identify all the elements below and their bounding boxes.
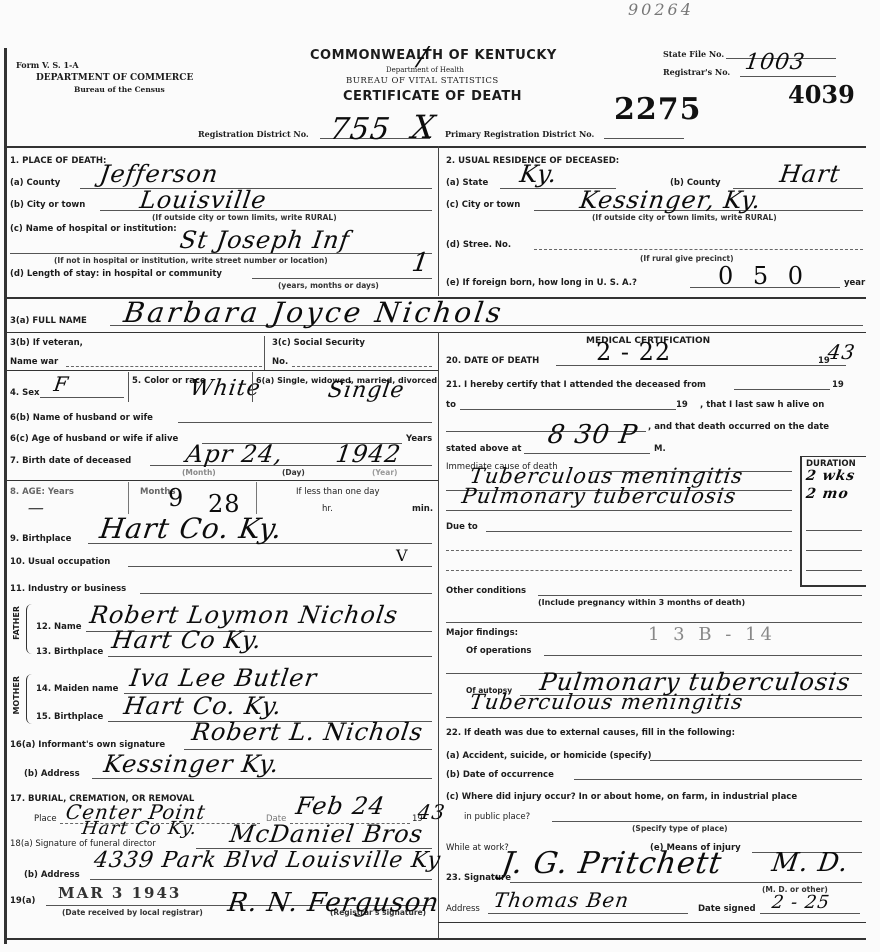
physician-signature: J. G. Pritchett — [500, 846, 725, 881]
public-place-label: in public place? — [464, 812, 530, 822]
death-city-label: (b) City or town — [10, 200, 85, 210]
death-city-note: (If outside city or town limits, write R… — [152, 213, 337, 222]
res-street-label: (d) Stree. No. — [446, 240, 511, 250]
physician-address-label: Address — [446, 904, 480, 914]
while-at-work-label: While at work? — [446, 843, 509, 853]
state-file-label: State File No. — [663, 49, 724, 59]
marital-value: Single — [326, 378, 406, 403]
place-of-death-heading: 1. PLACE OF DEATH: — [10, 156, 106, 166]
certify-line3: , and that death occurred on the date — [648, 422, 829, 432]
other-conditions-label: Other conditions — [446, 586, 526, 596]
death-county-value: Jefferson — [98, 160, 220, 188]
res-state-value: Ky. — [518, 160, 559, 188]
birthplace-value: Hart Co. Ky. — [98, 512, 285, 545]
burial-place-value2: Hart Co Ky. — [81, 818, 199, 839]
mother-side-label: MOTHER — [12, 676, 21, 715]
birth-year-note: (Year) — [372, 468, 397, 477]
certificate-title: CERTIFICATE OF DEATH — [343, 89, 522, 104]
mother-birthplace-value: Hart Co. Ky. — [122, 692, 284, 720]
mother-name-value: Iva Lee Butler — [128, 664, 319, 692]
stated-label: stated above at — [446, 444, 521, 454]
received-label: 19(a) — [10, 896, 35, 906]
reg-district-value: 755 — [328, 112, 393, 147]
registrars-no-value: 1003 — [743, 50, 807, 75]
min-label: min. — [412, 504, 433, 514]
due-to-label: Due to — [446, 522, 478, 532]
divider — [438, 146, 439, 296]
time-of-death-value: 8 30 P — [546, 420, 640, 450]
father-side-label: FATHER — [12, 606, 21, 640]
father-name-label: 12. Name — [36, 622, 82, 632]
age-label: 8. AGE: Years — [10, 487, 74, 497]
sex-label: 4. Sex — [10, 388, 39, 398]
received-note: (Date received by local registrar) — [62, 908, 203, 917]
informant-signature: Robert L. Nichols — [190, 718, 425, 746]
hospital-note: (If not in hospital or institution, writ… — [54, 256, 328, 265]
full-name-value: Barbara Joyce Nichols — [122, 296, 506, 329]
director-signature: McDaniel Bros — [228, 820, 425, 848]
burial-place-label: Place — [34, 814, 57, 824]
operations-stamp: 1 3 B - 14 — [648, 624, 776, 645]
res-county-value: Hart — [778, 160, 842, 188]
mother-name-label: 14. Maiden name — [36, 684, 118, 694]
full-name-label: 3(a) FULL NAME — [10, 316, 87, 326]
frame-bottom — [4, 938, 866, 940]
hospital-label: (c) Name of hospital or institution: — [10, 224, 177, 234]
duration-2: 2 mo — [805, 486, 850, 502]
reg-district-label: Registration District No. — [198, 129, 309, 139]
mother-brace — [26, 674, 33, 724]
dept-commerce: DEPARTMENT OF COMMERCE — [36, 73, 193, 83]
veteran-label: 3(b) If veteran, — [10, 338, 83, 348]
date-of-death-label: 20. DATE OF DEATH — [446, 356, 539, 366]
industry-label: 11. Industry or business — [10, 584, 126, 594]
major-findings-label: Major findings: — [446, 628, 518, 638]
hr-label: hr. — [322, 504, 333, 514]
foreign-label: (e) If foreign born, how long in U. S. A… — [446, 278, 637, 288]
x-mark: X — [409, 108, 438, 146]
informant-sig-label: 16(a) Informant's own signature — [10, 740, 165, 750]
lessday-label: If less than one day — [296, 487, 380, 497]
occupation-value: V — [396, 546, 409, 565]
other-conditions-note: (Include pregnancy within 3 months of de… — [538, 598, 745, 607]
death-year-value: 43 — [826, 340, 857, 364]
res-city-label: (c) City or town — [446, 200, 520, 210]
spouse-age-suffix: Years — [406, 434, 432, 444]
res-state-label: (a) State — [446, 178, 488, 188]
registrars-no-label: Registrar's No. — [663, 67, 730, 77]
stamp-number-center: 2275 — [614, 92, 702, 127]
birth-date-label: 7. Birth date of deceased — [10, 456, 131, 466]
stamp-number-right: 4039 — [788, 80, 855, 109]
birthplace-label: 9. Birthplace — [10, 534, 71, 544]
stay-note: (years, months or days) — [278, 281, 379, 290]
occurrence-label: (b) Date of occurrence — [446, 770, 554, 780]
birth-month-day: Apr 24, — [184, 440, 285, 468]
age-years-value: — — [27, 498, 47, 517]
father-brace — [26, 604, 33, 654]
name-war-label: Name war — [10, 357, 58, 367]
birth-day-note: (Day) — [282, 468, 305, 477]
duration-1: 2 wks — [805, 468, 856, 484]
certify-to: to — [446, 400, 456, 410]
operations-label: Of operations — [466, 646, 531, 656]
ss-label: 3(c) Social Security — [272, 338, 365, 348]
bureau-vital: BUREAU OF VITAL STATISTICS — [346, 76, 499, 86]
burial-date-value: Feb 24 — [294, 792, 387, 820]
physician-title: M. D. — [770, 848, 851, 878]
father-birthplace-value: Hart Co Ky. — [110, 626, 264, 654]
certify-19b: 19 — [676, 400, 688, 410]
birth-month-note: (Month) — [182, 468, 216, 477]
external-causes-label: 22. If death was due to external causes,… — [446, 728, 735, 738]
res-city-value: Kessinger, Ky. — [578, 186, 763, 214]
autopsy-2: Tuberculous meningitis — [468, 690, 745, 714]
received-date-stamp: MAR 3 1943 — [58, 884, 181, 902]
ss-no-label: No. — [272, 357, 288, 367]
accident-label: (a) Accident, suicide, or homicide (spec… — [446, 751, 651, 761]
birth-year: 1942 — [334, 440, 403, 468]
informant-addr-label: (b) Address — [24, 769, 80, 779]
primary-reg-label: Primary Registration District No. — [445, 129, 594, 139]
physician-address: Thomas Ben — [492, 888, 631, 912]
cause-2: Pulmonary tuberculosis — [460, 484, 738, 508]
age-months-value: 9 — [168, 484, 184, 512]
certify-line2: , that I last saw h alive on — [700, 400, 824, 410]
foreign-value: 0 5 0 — [718, 262, 809, 290]
form-number: Form V. S. 1-A — [16, 60, 79, 70]
mother-birth-label: 15. Birthplace — [36, 712, 103, 722]
spouse-name-label: 6(b) Name of husband or wife — [10, 413, 153, 423]
father-birth-label: 13. Birthplace — [36, 647, 103, 657]
date-of-death-value: 2 - 22 — [596, 338, 671, 366]
father-name-value: Robert Loymon Nichols — [88, 601, 400, 629]
informant-address: Kessinger Ky. — [102, 750, 281, 778]
injury-where-label: (c) Where did injury occur? In or about … — [446, 792, 797, 802]
hospital-value: St Joseph Inf — [178, 226, 352, 254]
date-signed-label: Date signed — [698, 904, 756, 914]
director-address: 4339 Park Blvd Louisville Ky — [92, 848, 442, 873]
certify-line1: 21. I hereby certify that I attended the… — [446, 380, 706, 390]
res-city-note: (If outside city or town limits, write R… — [592, 213, 777, 222]
top-annotation: 90264 — [628, 0, 694, 19]
death-county-label: (a) County — [10, 178, 60, 188]
bureau-census: Bureau of the Census — [74, 85, 165, 94]
occupation-label: 10. Usual occupation — [10, 557, 110, 567]
time-suffix: M. — [654, 444, 666, 454]
foreign-suffix: year — [844, 278, 865, 288]
stay-label: (d) Length of stay: in hospital or commu… — [10, 269, 222, 279]
commonwealth-title: COMMONWEALTH OF KENTUCKY — [310, 48, 557, 63]
death-city-value: Louisville — [138, 186, 269, 214]
date-signed-value: 2 - 25 — [771, 892, 832, 913]
director-addr-label: (b) Address — [24, 870, 80, 880]
certify-19: 19 — [832, 380, 844, 390]
registrar-signature: R. N. Ferguson — [226, 888, 442, 918]
spouse-age-label: 6(c) Age of husband or wife if alive — [10, 434, 178, 444]
specify-place-note: (Specify type of place) — [632, 824, 728, 833]
